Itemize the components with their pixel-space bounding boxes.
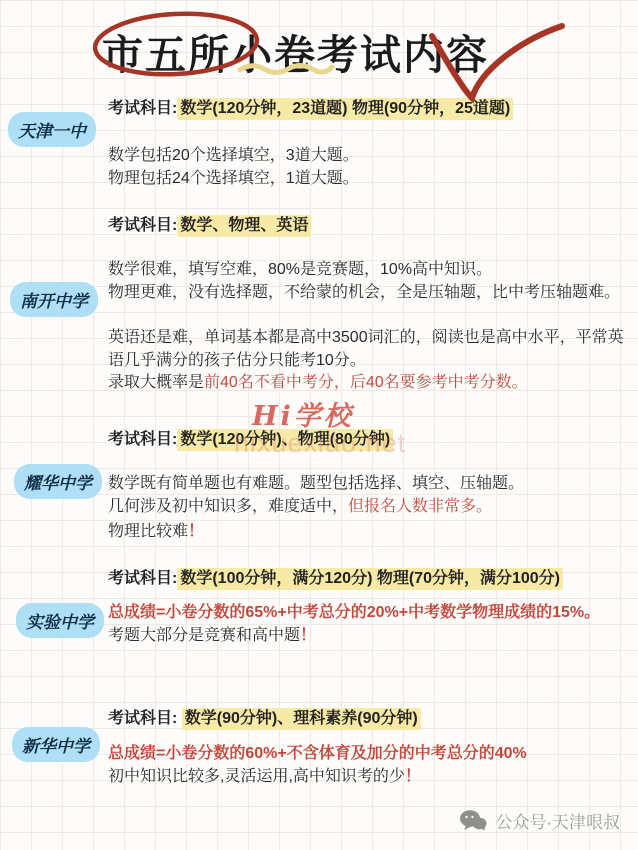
footer-credit: 公众号·天津哏叔 (459, 808, 620, 833)
note-text-red: 前40名不看中考分，后40名要参考中考分数。 (204, 374, 528, 391)
school-label-shiyanzhongxue: 实验中学 (16, 603, 104, 638)
section-note: 录取大概率是前40名不看中考分，后40名要参考中考分数。 (108, 371, 635, 394)
exam-label: 考试科目: (108, 431, 177, 448)
school-label-xinhuazhongxue: 新华中学 (12, 727, 100, 762)
note-text: 考题大部分是竞赛和高中题 (108, 627, 300, 644)
section-note: 总成绩=小卷分数的65%+中考总分的20%+中考数学物理成绩的15%。 考题大部… (108, 601, 635, 647)
exam-subjects-line: 考试科目:数学、物理、英语 (108, 214, 635, 237)
exam-label: 考试科目: (108, 217, 177, 234)
section-note: 数学包括20个选择填空，3道大题。 物理包括24个选择填空，1道大题。 (108, 144, 635, 190)
note-text: 物理包括24个选择填空，1道大题。 (108, 167, 635, 190)
wechat-icon (459, 809, 487, 833)
page-title: 市五所小卷考试内容 (102, 22, 489, 81)
note-text-red: ！ (405, 768, 421, 785)
school-label-nankaizhongxue: 南开中学 (10, 282, 98, 317)
note-text-red: ！ (300, 627, 316, 644)
exam-subjects-highlight: 数学(90分钟)、理科素养(90分钟) (182, 708, 421, 730)
note-text-red: 总成绩=小卷分数的65%+中考总分的20%+中考数学物理成绩的15%。 (108, 601, 635, 624)
exam-subjects-line: 考试科目:数学(120分钟，23道题) 物理(90分钟，25道题) (108, 97, 635, 120)
note-text: 英语还是难，单词基本都是高中3500词汇的，阅读也是高中水平，平常英语几乎满分的… (108, 329, 624, 369)
note-text: 录取大概率是 (108, 374, 204, 391)
note-text-red: ！ (188, 523, 204, 540)
school-label-tianjinyizhong: 天津一中 (8, 112, 96, 147)
note-text-red: 总成绩=小卷分数的60%+不含体育及加分的中考总分的40% (108, 742, 635, 765)
section-note: 数学很难，填写空难，80%是竞赛题，10%高中知识。 物理更难，没有选择题，不给… (108, 258, 635, 304)
note-text: 数学既有简单题也有难题。题型包括选择、填空、压轴题。 (108, 472, 635, 495)
section-note: 物理比较难！ (108, 520, 635, 543)
exam-subjects-line: 考试科目: 数学(90分钟)、理科素养(90分钟) (108, 707, 635, 730)
note-text: 数学很难，填写空难，80%是竞赛题，10%高中知识。 (108, 258, 635, 281)
section-note: 总成绩=小卷分数的60%+不含体育及加分的中考总分的40% 初中知识比较多,灵活… (108, 742, 635, 788)
exam-subjects-highlight: 数学、物理、英语 (177, 215, 311, 237)
note-text: 初中知识比较多,灵活运用,高中知识考的少 (108, 768, 405, 785)
exam-subjects-highlight: 数学(120分钟，23道题) 物理(90分钟，25道题) (177, 98, 513, 120)
exam-subjects-line: 考试科目:数学(100分钟，满分120分) 物理(70分钟，满分100分) (108, 567, 635, 590)
section-note: 英语还是难，单词基本都是高中3500词汇的，阅读也是高中水平，平常英语几乎满分的… (108, 326, 635, 372)
note-text: 物理更难，没有选择题，不给蒙的机会，全是压轴题，比中考压轴题难。 (108, 281, 635, 304)
note-text-red: 但报名人数非常多。 (348, 498, 492, 515)
watermark-url: hixuexiao.net (234, 428, 406, 459)
exam-label: 考试科目: (108, 570, 177, 587)
note-text: 数学包括20个选择填空，3道大题。 (108, 144, 635, 167)
poster-canvas: 市五所小卷考试内容 Hi学校 hixuexiao.net 天津一中 考试科目:数… (0, 0, 638, 850)
footer-label: 公众号·天津哏叔 (495, 808, 620, 833)
exam-label: 考试科目: (108, 100, 177, 117)
section-note: 数学既有简单题也有难题。题型包括选择、填空、压轴题。 几何涉及初中知识多，难度适… (108, 472, 635, 518)
school-label-yaohuazhongxue: 耀华中学 (14, 464, 102, 499)
note-text: 物理比较难 (108, 523, 188, 540)
exam-subjects-highlight: 数学(100分钟，满分120分) 物理(70分钟，满分100分) (177, 568, 563, 590)
exam-label: 考试科目: (108, 710, 182, 727)
note-text: 几何涉及初中知识多，难度适中， (108, 498, 348, 515)
